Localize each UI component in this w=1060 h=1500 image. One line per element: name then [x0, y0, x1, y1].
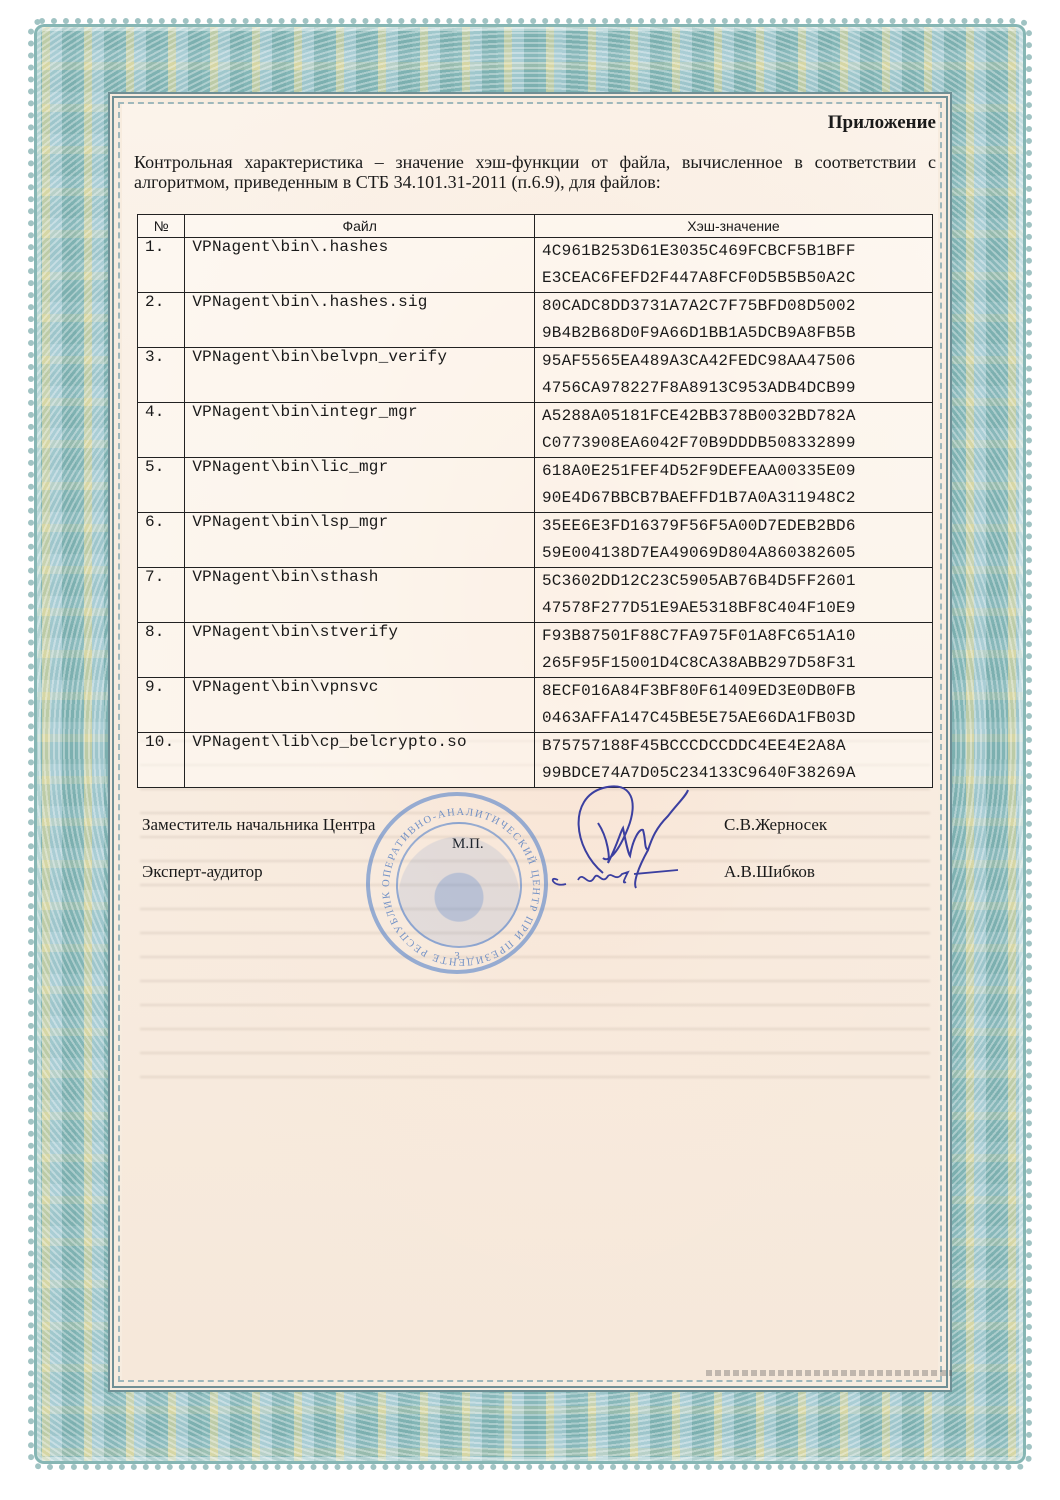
seal-number: 3	[370, 950, 544, 962]
hash-value: F93B87501F88C7FA975F01A8FC651A10265F95F1…	[534, 623, 932, 678]
hash-line: 618A0E251FEF4D52F9DEFEAA00335E09	[542, 458, 925, 485]
table-row: 9.VPNagent\bin\vpnsvc8ECF016A84F3BF80F61…	[138, 678, 933, 733]
hash-line: E3CEAC6FEFD2F447A8FCF0D5B5B50A2C	[542, 265, 925, 292]
file-path: VPNagent\bin\integr_mgr	[185, 403, 535, 458]
table-row: 4.VPNagent\bin\integr_mgrA5288A05181FCE4…	[138, 403, 933, 458]
file-path: VPNagent\bin\lic_mgr	[185, 458, 535, 513]
hash-line: 265F95F15001D4C8CA38ABB297D58F31	[542, 650, 925, 677]
hash-line: 59E004138D7EA49069D804A860382605	[542, 540, 925, 567]
row-number: 7.	[138, 568, 185, 623]
page-title: Приложение	[828, 112, 936, 134]
hash-line: 8ECF016A84F3BF80F61409ED3E0DB0FB	[542, 678, 925, 705]
row-number: 1.	[138, 238, 185, 293]
table-row: 5.VPNagent\bin\lic_mgr618A0E251FEF4D52F9…	[138, 458, 933, 513]
deputy-position: Заместитель начальника Центра	[142, 815, 375, 835]
table-row: 1.VPNagent\bin\.hashes4C961B253D61E3035C…	[138, 238, 933, 293]
signature-auditor	[538, 850, 738, 900]
hash-value: 8ECF016A84F3BF80F61409ED3E0DB0FB0463AFFA…	[534, 678, 932, 733]
hash-line: F93B87501F88C7FA975F01A8FC651A10	[542, 623, 925, 650]
row-number: 4.	[138, 403, 185, 458]
hash-line: A5288A05181FCE42BB378B0032BD782A	[542, 403, 925, 430]
hash-line: 5C3602DD12C23C5905AB76B4D5FF2601	[542, 568, 925, 595]
column-header-file: Файл	[185, 215, 535, 238]
hash-line: 9B4B2B68D0F9A66D1BB1A5DCB9A8FB5B	[542, 320, 925, 347]
hash-line: 4756CA978227F8A8913C953ADB4DCB99	[542, 375, 925, 402]
hash-value: A5288A05181FCE42BB378B0032BD782AC0773908…	[534, 403, 932, 458]
table-row: 2.VPNagent\bin\.hashes.sig80CADC8DD3731A…	[138, 293, 933, 348]
hash-line: 90E4D67BBCB7BAEFFD1B7A0A311948C2	[542, 485, 925, 512]
hash-value: 5C3602DD12C23C5905AB76B4D5FF260147578F27…	[534, 568, 932, 623]
file-path: VPNagent\bin\stverify	[185, 623, 535, 678]
column-header-hash: Хэш-значение	[534, 215, 932, 238]
row-number: 8.	[138, 623, 185, 678]
file-path: VPNagent\bin\vpnsvc	[185, 678, 535, 733]
table-header-row: № Файл Хэш-значение	[138, 215, 933, 238]
table-row: 3.VPNagent\bin\belvpn_verify95AF5565EA48…	[138, 348, 933, 403]
table-row: 8.VPNagent\bin\stverifyF93B87501F88C7FA9…	[138, 623, 933, 678]
hash-line: 4C961B253D61E3035C469FCBCF5B1BFF	[542, 238, 925, 265]
svg-text:ОПЕРАТИВНО-АНАЛИТИЧЕСКИЙ ЦЕНТР: ОПЕРАТИВНО-АНАЛИТИЧЕСКИЙ ЦЕНТР ПРИ ПРЕЗИ…	[370, 796, 541, 967]
hash-line: 0463AFFA147C45BE5E75AE66DA1FB03D	[542, 705, 925, 732]
row-number: 10.	[138, 733, 185, 788]
hash-table: № Файл Хэш-значение 1.VPNagent\bin\.hash…	[137, 214, 933, 788]
file-path: VPNagent\bin\belvpn_verify	[185, 348, 535, 403]
hash-value: 80CADC8DD3731A7A2C7F75BFD08D50029B4B2B68…	[534, 293, 932, 348]
hash-value: 95AF5565EA489A3CA42FEDC98AA475064756CA97…	[534, 348, 932, 403]
file-path: VPNagent\bin\lsp_mgr	[185, 513, 535, 568]
file-path: VPNagent\bin\.hashes	[185, 238, 535, 293]
hash-value: 4C961B253D61E3035C469FCBCF5B1BFFE3CEAC6F…	[534, 238, 932, 293]
table-row: 6.VPNagent\bin\lsp_mgr35EE6E3FD16379F56F…	[138, 513, 933, 568]
row-number: 3.	[138, 348, 185, 403]
hash-value: 618A0E251FEF4D52F9DEFEAA00335E0990E4D67B…	[534, 458, 932, 513]
hash-line: B75757188F45BCCCDCCDDC4EE4E2A8A	[542, 733, 925, 760]
hash-line: 47578F277D51E9AE5318BF8C404F10E9	[542, 595, 925, 622]
auditor-position: Эксперт-аудитор	[142, 862, 263, 882]
file-path: VPNagent\bin\sthash	[185, 568, 535, 623]
row-number: 5.	[138, 458, 185, 513]
hash-line: 95AF5565EA489A3CA42FEDC98AA47506	[542, 348, 925, 375]
hash-line: 80CADC8DD3731A7A2C7F75BFD08D5002	[542, 293, 925, 320]
column-header-num: №	[138, 215, 185, 238]
hash-line: C0773908EA6042F70B9DDDB508332899	[542, 430, 925, 457]
row-number: 9.	[138, 678, 185, 733]
hash-line: 35EE6E3FD16379F56F5A00D7EDEB2BD6	[542, 513, 925, 540]
printer-imprint	[706, 1370, 952, 1376]
file-path: VPNagent\lib\cp_belcrypto.so	[185, 733, 535, 788]
row-number: 6.	[138, 513, 185, 568]
official-seal: ОПЕРАТИВНО-АНАЛИТИЧЕСКИЙ ЦЕНТР ПРИ ПРЕЗИ…	[366, 792, 548, 974]
hash-value: 35EE6E3FD16379F56F5A00D7EDEB2BD659E00413…	[534, 513, 932, 568]
table-row: 7.VPNagent\bin\sthash5C3602DD12C23C5905A…	[138, 568, 933, 623]
file-path: VPNagent\bin\.hashes.sig	[185, 293, 535, 348]
table-row: 10.VPNagent\lib\cp_belcrypto.soB75757188…	[138, 733, 933, 788]
intro-paragraph: Контрольная характеристика – значение хэ…	[134, 152, 936, 192]
row-number: 2.	[138, 293, 185, 348]
